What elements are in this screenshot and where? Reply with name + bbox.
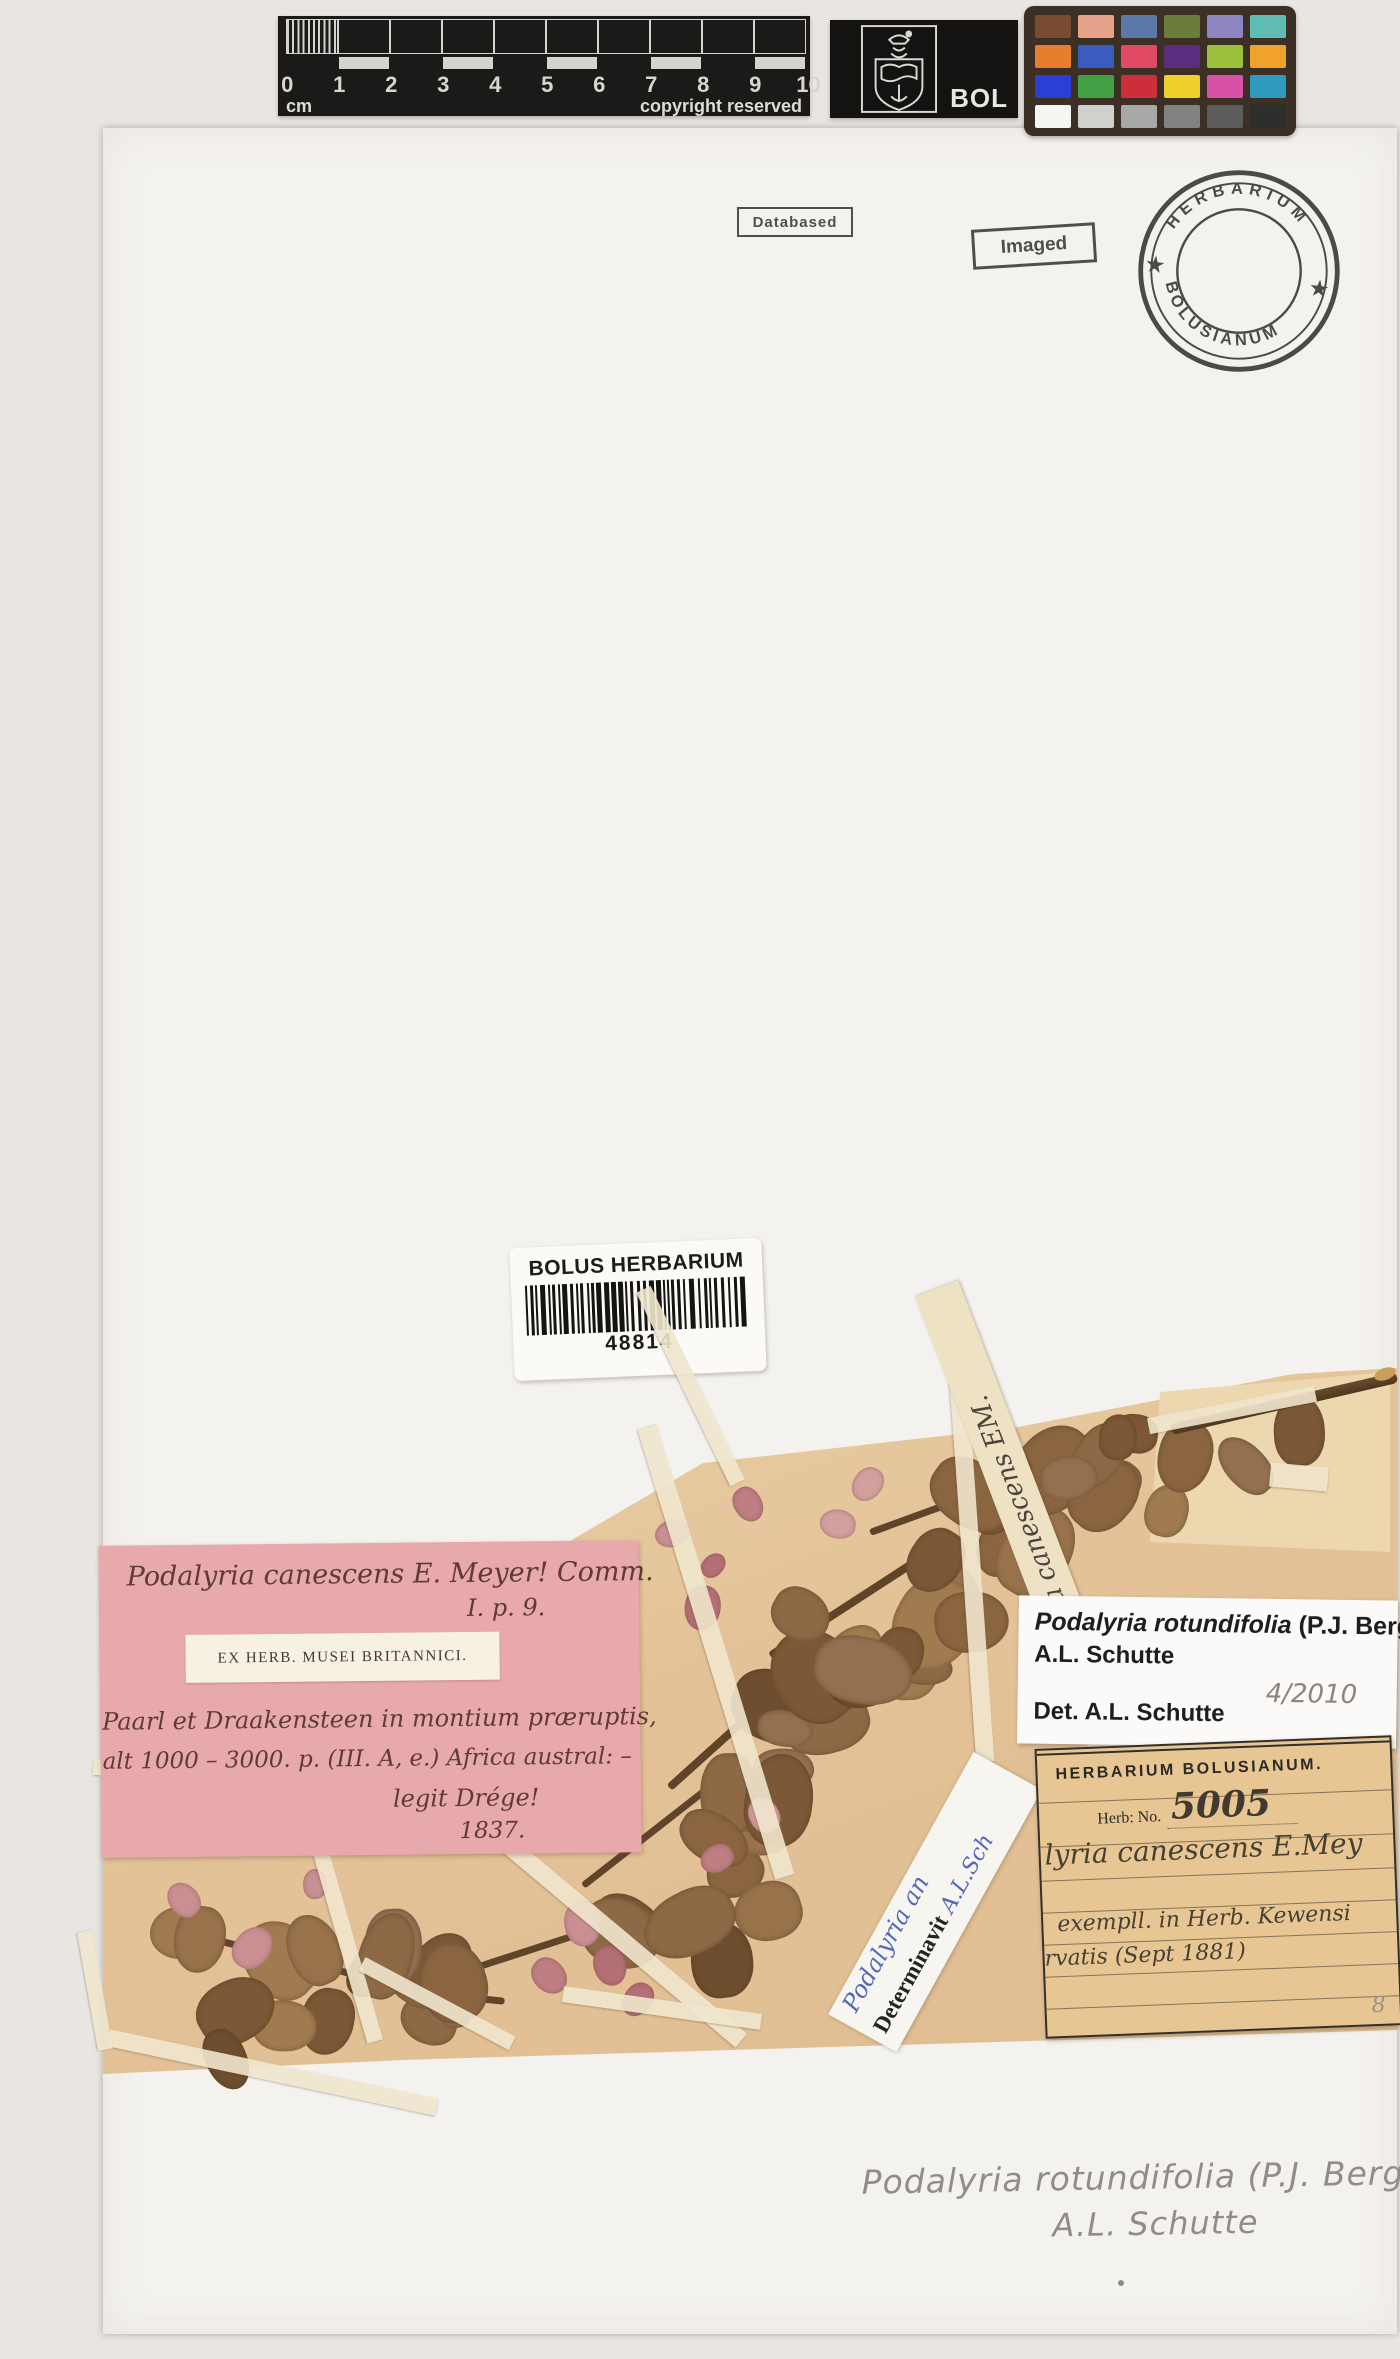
color-patch — [1078, 75, 1114, 98]
color-checker-chart — [1024, 6, 1296, 136]
ruler-half-cell — [339, 57, 389, 69]
mounting-tape — [1269, 1463, 1329, 1492]
color-patch — [1035, 15, 1071, 38]
color-patch — [1164, 45, 1200, 68]
ruler-cm-cell — [286, 19, 338, 54]
ruler-number: 0 — [281, 72, 293, 98]
color-patch — [1250, 105, 1286, 128]
det-label-author: A.L. Schutte — [1034, 1641, 1397, 1674]
barcode-bar — [709, 1278, 713, 1328]
bolus-species-line: lyria canescens E.Mey — [1044, 1826, 1363, 1871]
barcode-bar — [525, 1286, 529, 1336]
color-patch — [1250, 75, 1286, 98]
barcode — [525, 1276, 751, 1335]
copyright-label: copyright reserved — [640, 96, 802, 117]
ruler-half-cell — [547, 57, 597, 69]
barcode-bar — [618, 1282, 625, 1332]
barcode-bar — [540, 1285, 547, 1335]
barcode-bar — [689, 1279, 696, 1329]
det-label-species: Podalyria rotundifolia — [1034, 1608, 1291, 1640]
color-patch — [1207, 75, 1243, 98]
pink-label-locality: Paarl et Draakensteen in montium prærupt… — [102, 1702, 657, 1736]
barcode-bar — [698, 1278, 702, 1328]
determination-label: Podalyria rotundifolia (P.J. Bergius) A.… — [1017, 1595, 1398, 1748]
ruler-number: 6 — [593, 72, 605, 98]
pink-collection-label: Podalyria canescens E. Meyer! Comm. I. p… — [98, 1540, 641, 1858]
page-mark: 8 — [1371, 1993, 1386, 2019]
barcode-bar — [580, 1283, 585, 1333]
color-patch — [1078, 45, 1114, 68]
barcode-bar — [637, 1281, 642, 1331]
university-crest-icon — [860, 24, 938, 114]
ruler-cm-cell — [598, 19, 650, 54]
bol-code-label: BOL — [950, 83, 1008, 114]
color-patch — [1078, 105, 1114, 128]
pencil-annotation: Podalyria rotundifolia (P.J. Bergius) A.… — [861, 2153, 1400, 2247]
barcode-bar — [740, 1277, 747, 1327]
barcode-bar — [562, 1284, 569, 1334]
ruler-half-cell — [651, 57, 701, 69]
bolus-label-header: HERBARIUM BOLUSIANUM. — [1055, 1756, 1323, 1784]
ruler-number: 1 — [333, 72, 345, 98]
bolus-herbarium-round-stamp: HERBARIUM BOLUSIANUM ★ ★ — [1121, 152, 1357, 390]
barcode-bar — [721, 1277, 726, 1327]
barcode-bar — [714, 1278, 719, 1328]
herbarium-scan: 012345678910 cm copyright reserved BOL D… — [0, 0, 1400, 2359]
herbarium-crest-block: BOL — [830, 20, 1018, 118]
pencil-annotation-line1: Podalyria rotundifolia (P.J. Bergius) — [861, 2153, 1400, 2201]
color-patch — [1035, 45, 1071, 68]
barcode-bar — [734, 1277, 739, 1327]
ruler-half-cell — [443, 57, 493, 69]
pencil-annotation-line2: A.L. Schutte — [1052, 2200, 1400, 2244]
round-stamp-right-star-icon: ★ — [1307, 274, 1331, 302]
herb-number-prefix: Herb: No. — [1097, 1808, 1162, 1828]
round-stamp-left-star-icon: ★ — [1143, 250, 1167, 278]
pink-label-collector: legit Drége! — [393, 1783, 540, 1813]
cm-label: cm — [286, 96, 312, 117]
color-patch — [1121, 75, 1157, 98]
color-patch — [1164, 105, 1200, 128]
pink-label-reference: I. p. 9. — [467, 1593, 546, 1622]
databased-stamp: Databased — [737, 207, 853, 237]
det-label-authority: (P.J. Bergius) — [1291, 1611, 1400, 1641]
color-patch — [1035, 105, 1071, 128]
ruler-cm-cell — [442, 19, 494, 54]
ruler-number: 10 — [796, 72, 820, 98]
barcode-bar — [604, 1282, 611, 1332]
det-label-det-line: Det. A.L. Schutte — [1033, 1698, 1224, 1729]
ruler-number: 9 — [749, 72, 761, 98]
barcode-label: BOLUS HERBARIUM 48814 — [509, 1238, 766, 1381]
color-patch — [1121, 45, 1157, 68]
ruler-number: 7 — [645, 72, 657, 98]
ruler-number: 8 — [697, 72, 709, 98]
barcode-bar — [677, 1279, 682, 1329]
imaged-stamp: Imaged — [971, 222, 1097, 269]
ruler-number: 3 — [437, 72, 449, 98]
pencil-dot — [1118, 2280, 1124, 2286]
ruler-cm-cell — [390, 19, 442, 54]
rule-line — [1047, 1995, 1400, 2010]
ruler-half-cell — [755, 57, 805, 69]
ruler-cm-cell — [650, 19, 702, 54]
barcode-bar — [671, 1279, 676, 1329]
bolus-herbarium-label: HERBARIUM BOLUSIANUM. Herb: No. 5005 lyr… — [1035, 1735, 1400, 2038]
color-patch — [1207, 45, 1243, 68]
barcode-bar — [728, 1277, 732, 1327]
pink-label-species: Podalyria canescens E. Meyer! Comm. — [127, 1556, 654, 1593]
bolus-note-line1: exempll. in Herb. Kewensi — [1057, 1901, 1351, 1937]
ex-herb-strip: EX HERB. MUSEI BRITANNICI. — [185, 1632, 499, 1683]
color-patch — [1078, 15, 1114, 38]
ruler-number: 2 — [385, 72, 397, 98]
ruler-number: 4 — [489, 72, 501, 98]
color-patch — [1164, 75, 1200, 98]
barcode-bar — [630, 1281, 635, 1331]
barcode-bar — [683, 1279, 687, 1329]
barcode-bar — [570, 1284, 575, 1334]
scale-bar: 012345678910 cm copyright reserved — [278, 16, 810, 116]
color-patch — [1250, 45, 1286, 68]
color-patch — [1250, 15, 1286, 38]
barcode-bar — [535, 1285, 539, 1335]
ruler-number: 5 — [541, 72, 553, 98]
ruler-cm-cell — [754, 19, 806, 54]
ruler-cm-cell — [338, 19, 390, 54]
color-patch — [1035, 75, 1071, 98]
ex-herb-text: EX HERB. MUSEI BRITANNICI. — [218, 1647, 468, 1667]
barcode-bar — [611, 1282, 618, 1332]
barcode-bar — [625, 1281, 629, 1331]
barcode-bar — [552, 1284, 557, 1334]
ruler-cm-cell — [494, 19, 546, 54]
color-patch — [1207, 15, 1243, 38]
herb-number: 5005 — [1166, 1781, 1298, 1829]
ruler-cm-cell — [546, 19, 598, 54]
color-patch — [1164, 15, 1200, 38]
color-patch — [1121, 15, 1157, 38]
barcode-bar — [596, 1283, 603, 1333]
det-label-name: Podalyria rotundifolia (P.J. Bergius) — [1034, 1608, 1397, 1642]
color-patch — [1207, 105, 1243, 128]
ruler-labels: cm copyright reserved — [278, 96, 810, 116]
pink-label-altitude: alt 1000 – 3000. p. (III. A, e.) Africa … — [103, 1743, 632, 1775]
det-label-date: 4/2010 — [1265, 1679, 1357, 1710]
color-patch — [1121, 105, 1157, 128]
ruler-cm-cell — [702, 19, 754, 54]
pink-label-year: 1837. — [459, 1817, 525, 1844]
